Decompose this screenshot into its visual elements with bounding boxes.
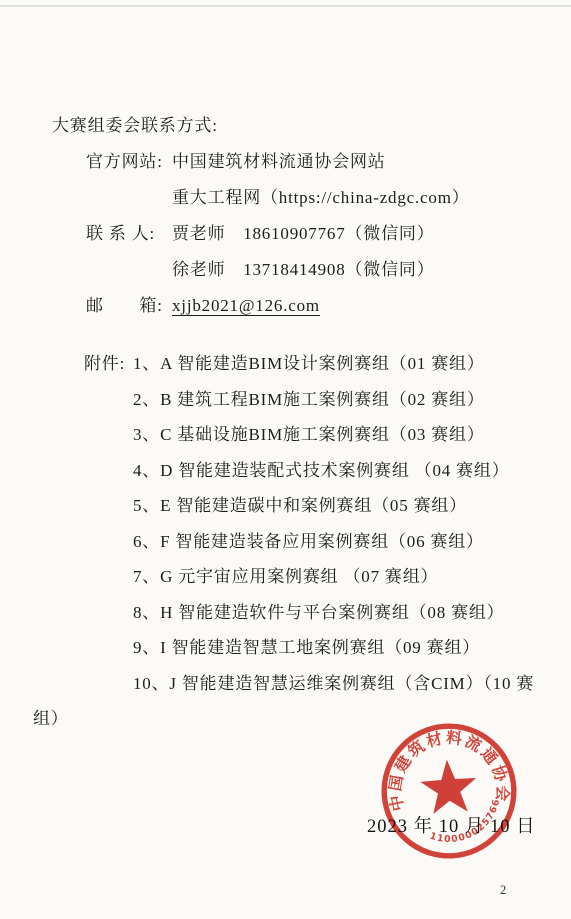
contact-heading: 大赛组委会联系方式:	[52, 108, 551, 144]
attachment-row: 8、H 智能建造软件与平台案例赛组（08 赛组）	[133, 595, 561, 631]
attachment-row: 3、C 基础设施BIM施工案例赛组（03 赛组）	[133, 417, 561, 453]
contact-row-website2: 重大工程网（https://china-zdgc.com）	[86, 180, 551, 216]
contact-section: 大赛组委会联系方式: 官方网站:中国建筑材料流通协会网站 重大工程网（https…	[0, 108, 551, 324]
attachment-item: 2、B 建筑工程BIM施工案例赛组（02 赛组）	[133, 390, 485, 409]
contact-row-person2: 徐老师 13718414908（微信同）	[86, 252, 551, 288]
attachment-row: 6、F 智能建造装备应用案例赛组（06 赛组）	[133, 524, 561, 560]
scan-edge-artifact	[0, 5, 571, 7]
seal-star-icon	[419, 758, 479, 815]
attachment-row: 5、E 智能建造碳中和案例赛组（05 赛组）	[133, 488, 561, 524]
attachment-item: 7、G 元宇宙应用案例赛组 （07 赛组）	[133, 567, 438, 586]
page-number: 2	[500, 883, 507, 898]
document-page: 大赛组委会联系方式: 官方网站:中国建筑材料流通协会网站 重大工程网（https…	[0, 0, 571, 919]
attachment-item: 1、A 智能建造BIM设计案例赛组（01 赛组）	[133, 354, 485, 373]
contact-value: 重大工程网（https://china-zdgc.com）	[172, 188, 470, 207]
contact-value: 徐老师 13718414908（微信同）	[172, 260, 435, 279]
attachment-item: 8、H 智能建造软件与平台案例赛组（08 赛组）	[133, 603, 504, 622]
attachment-row: 4、D 智能建造装配式技术案例赛组 （04 赛组）	[133, 453, 561, 489]
contact-value: 贾老师 18610907767（微信同）	[172, 224, 435, 243]
contact-value: 中国建筑材料流通协会网站	[172, 152, 386, 171]
attachment-item: 5、E 智能建造碳中和案例赛组（05 赛组）	[133, 496, 467, 515]
contact-label: 邮 箱:	[86, 288, 172, 324]
email-address: xjjb2021@126.com	[172, 296, 320, 315]
attachment-row: 附件:1、A 智能建造BIM设计案例赛组（01 赛组）	[84, 346, 561, 382]
attachment-item: 4、D 智能建造装配式技术案例赛组 （04 赛组）	[133, 461, 510, 480]
official-seal-icon: 中国建筑材料流通协会 110000025766	[334, 676, 565, 907]
attachment-item: 3、C 基础设施BIM施工案例赛组（03 赛组）	[133, 425, 485, 444]
attachment-row: 9、I 智能建造智慧工地案例赛组（09 赛组）	[133, 630, 561, 666]
contact-label: 官方网站:	[86, 144, 172, 180]
attachment-row: 2、B 建筑工程BIM施工案例赛组（02 赛组）	[133, 382, 561, 418]
contact-row-person1: 联 系 人:贾老师 18610907767（微信同）	[86, 216, 551, 252]
attachment-item: 6、F 智能建造装备应用案例赛组（06 赛组）	[133, 532, 484, 551]
contact-row-email: 邮 箱:xjjb2021@126.com	[86, 288, 551, 324]
attachments-section: 附件:1、A 智能建造BIM设计案例赛组（01 赛组） 2、B 建筑工程BIM施…	[0, 346, 561, 737]
contact-label: 联 系 人:	[86, 216, 172, 252]
attachment-row: 7、G 元宇宙应用案例赛组 （07 赛组）	[133, 559, 561, 595]
contact-row-website: 官方网站:中国建筑材料流通协会网站	[86, 144, 551, 180]
attachment-item: 9、I 智能建造智慧工地案例赛组（09 赛组）	[133, 638, 480, 657]
attachments-label: 附件:	[84, 346, 133, 382]
